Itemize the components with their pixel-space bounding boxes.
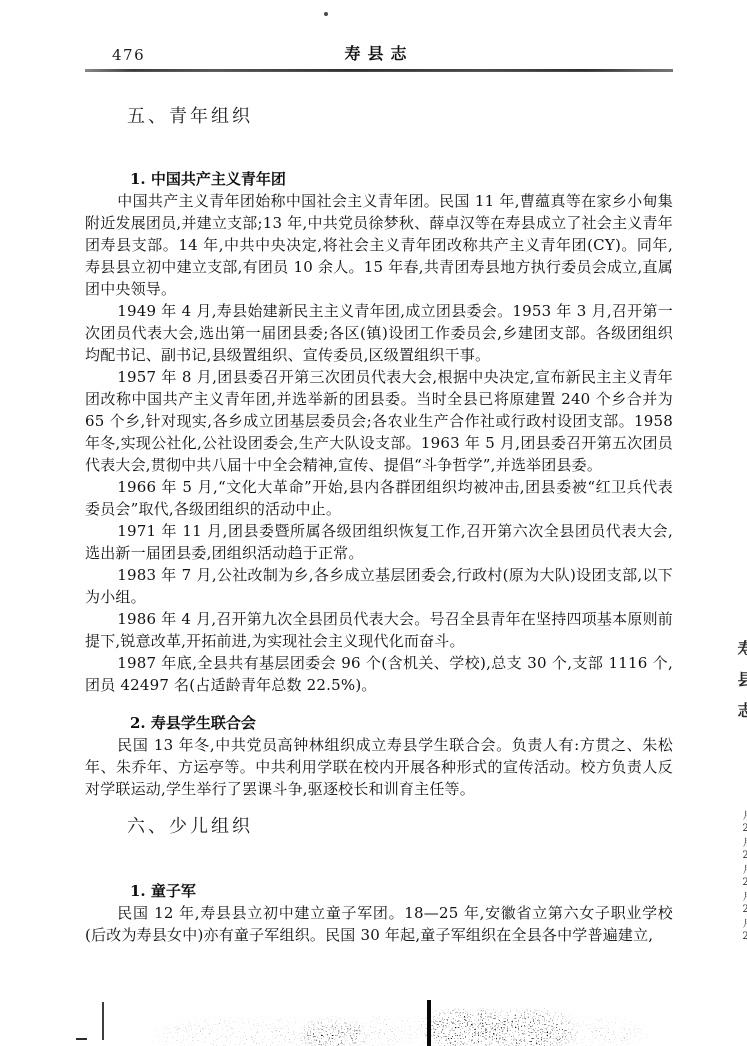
paragraph: 民国 13 年冬,中共党员高钟林组织成立寿县学生联合会。负责人有:方贯之、朱松年… (85, 734, 673, 800)
paragraph: 民国 12 年,寿县县立初中建立童子军团。18—25 年,安徽省立第六女子职业学… (85, 902, 673, 946)
paragraph: 中国共产主义青年团始称中国社会主义青年团。民国 11 年,曹蕴真等在家乡小甸集附… (85, 190, 673, 300)
subsection-body: 民国 13 年冬,中共党员高钟林组织成立寿县学生联合会。负责人有:方贯之、朱松年… (85, 734, 673, 800)
book-title: 寿县志 (85, 41, 673, 64)
header-rule (85, 69, 673, 72)
noise-heavy-cluster (303, 1010, 572, 1046)
paragraph: 1957 年 8 月,团县委召开第三次团员代表大会,根据中央决定,宣布新民主主义… (85, 366, 673, 476)
page-content: 476 寿县志 五、青年组织 1. 中国共产主义青年团 中国共产主义青年团始称中… (85, 0, 673, 946)
noise-light-cluster (153, 1017, 646, 1046)
paragraph: 1986 年 4 月,召开第九次全县团员代表大会。号召全县青年在坚持四项基本原则… (85, 608, 673, 652)
running-header: 476 寿县志 (85, 0, 673, 64)
paragraph: 1971 年 11 月,团县委暨所属各级团组织恢复工作,召开第六次全县团员代表大… (85, 520, 673, 564)
section-title-youth-orgs: 五、青年组织 (127, 106, 673, 128)
paragraph: 1966 年 5 月,“文化大革命”开始,县内各群团组织均被冲击,团县委被“红卫… (85, 476, 673, 520)
subsection-heading-boy-scouts: 1. 童子军 (85, 880, 673, 902)
spine-title-vertical: 寿县志 (733, 640, 747, 733)
scan-dash-artifact (76, 1038, 87, 1040)
edge-marks-vertical: 月2月2月2月2月2 (738, 810, 747, 945)
scanned-page: 476 寿县志 五、青年组织 1. 中国共产主义青年团 中国共产主义青年团始称中… (0, 0, 747, 1046)
subsection-heading-student-federation: 2. 寿县学生联合会 (85, 712, 673, 734)
subsection-heading-communist-youth-league: 1. 中国共产主义青年团 (85, 168, 673, 190)
section-title-children-orgs: 六、少儿组织 (127, 816, 673, 838)
subsection-body: 民国 12 年,寿县县立初中建立童子军团。18—25 年,安徽省立第六女子职业学… (85, 902, 673, 946)
scan-line-artifact-thin (102, 1002, 104, 1040)
paragraph: 1983 年 7 月,公社改制为乡,各乡成立基层团委会,行政村(原为大队)设团支… (85, 564, 673, 608)
subsection-body: 中国共产主义青年团始称中国社会主义青年团。民国 11 年,曹蕴真等在家乡小甸集附… (85, 190, 673, 696)
paragraph: 1987 年底,全县共有基层团委会 96 个(含机关、学校),总支 30 个,支… (85, 652, 673, 696)
scan-noise-band (78, 992, 658, 1046)
paragraph: 1949 年 4 月,寿县始建新民主主义青年团,成立团县委会。1953 年 3 … (85, 300, 673, 366)
scan-line-artifact-heavy (427, 1000, 431, 1046)
